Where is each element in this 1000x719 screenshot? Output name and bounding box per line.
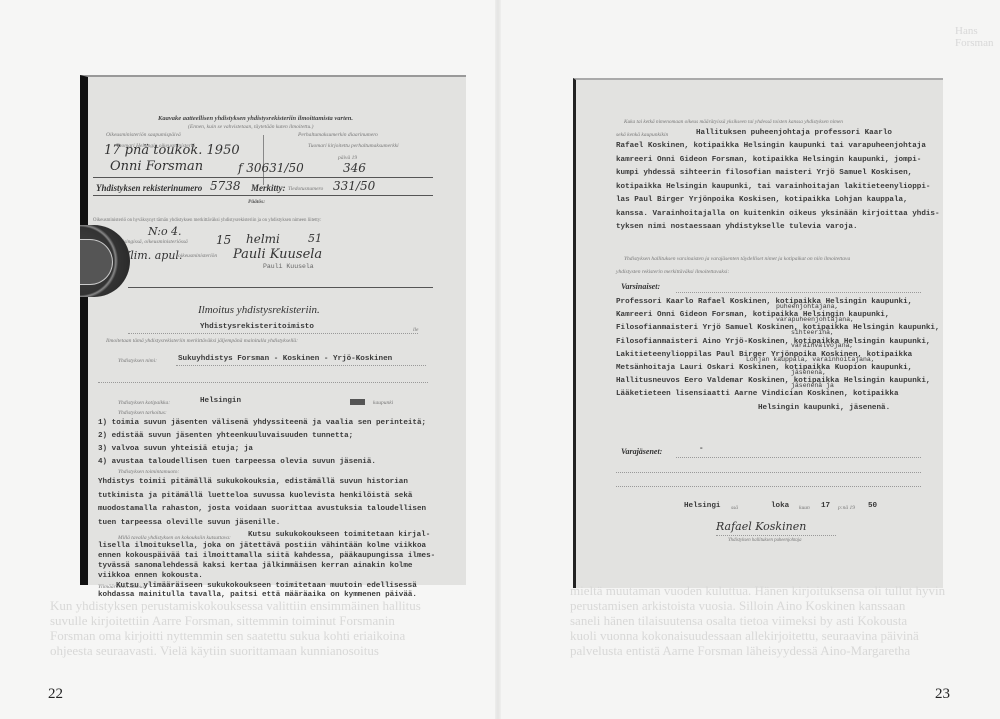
- handwritten-date: 17 pnä toukok. 1950: [104, 143, 240, 158]
- noted-value: 331/50: [333, 179, 375, 193]
- member-role: Lohjan kauppala, varainhoitajana,: [746, 356, 875, 363]
- place: Helsingi: [684, 502, 720, 510]
- purpose-list: 1) toimia suvun jäsenten välisenä yhdyss…: [98, 417, 426, 469]
- home-label: Yhdistyksen kotipaikka:: [118, 400, 170, 406]
- board-label: Yhdistyksen hallituksen varsinaisten ja …: [624, 256, 850, 262]
- home-value: Helsingin: [200, 397, 241, 405]
- official-label: oikeusministeriön: [178, 253, 217, 259]
- fee-label: Perhaltumaksumerkin diaarinumero: [298, 132, 378, 138]
- form-header-title: Kaavake aatteellisen yhdistyksen yhdisty…: [158, 115, 353, 122]
- purpose-item: 3) valvoa suvun yhteisiä etuja; ja: [98, 443, 426, 456]
- year: 50: [868, 502, 877, 510]
- decision-day: 15: [216, 233, 231, 247]
- member-role: puheenjohtajana,: [776, 303, 838, 310]
- home-suffix: kaupunki: [373, 400, 393, 406]
- decision-mark: N:o 4.: [148, 225, 182, 238]
- page-number-right: 23: [935, 686, 950, 703]
- chairman-signature: Rafael Koskinen: [716, 520, 806, 533]
- decision-month: helmi: [246, 232, 280, 246]
- day: 17: [821, 502, 830, 510]
- handwritten-ref1: f 30631/50: [238, 161, 304, 175]
- meeting-line-0: Kutsu sukukokoukseen toimitetaan kirjal-: [248, 531, 430, 539]
- deputies-value: -: [699, 445, 704, 453]
- purpose-item: 2) edistää suvun jäsenten yhteenkuuluvai…: [98, 430, 426, 443]
- section-title: Ilmoitus yhdistysrekisteriin.: [198, 304, 320, 316]
- stamp-label: Tuomari kirjoitettu perhaltumaksumerkki: [308, 143, 399, 149]
- year-prefix: p:nä 19: [838, 505, 855, 511]
- month: loka: [771, 502, 789, 510]
- running-header: Hans Forsman: [955, 25, 1000, 49]
- member-item: Filosofianmaisteri Aino Yrjö-Koskinen, k…: [616, 336, 940, 349]
- recipient: Yhdistysrekisteritoimisto: [200, 323, 314, 331]
- members-label: Varsinaiset:: [621, 282, 660, 291]
- member-role: jäsenenä ja: [791, 382, 834, 389]
- place-suffix: ssä: [731, 505, 738, 511]
- official-signature: Pauli Kuusela: [233, 247, 322, 262]
- member-item: Metsänhoitaja Lauri Oskari Koskinen, kot…: [616, 362, 940, 375]
- signing-header-label-2: sekä kenkä kaupunkikin: [616, 132, 668, 138]
- registration-number-value: 5738: [210, 179, 241, 193]
- method-text: Yhdistys toimii pitämällä sukukokouksia,…: [98, 476, 426, 530]
- official-title: Ylim. apul.: [123, 249, 182, 262]
- method-label: Yhdistyksen toimintamuoto:: [118, 469, 179, 475]
- extra-text: Kutsu ylimääräiseen sukukokoukseen toimi…: [116, 581, 417, 591]
- purpose-label: Yhdistyksen tarkoitus:: [118, 410, 167, 416]
- member-item: Filosofianmaisteri Yrjö Samuel Koskinen,…: [616, 322, 940, 335]
- deputies-label: Varajäsenet:: [621, 447, 662, 456]
- incoming-label: Oikeusministeriön saapumispäivä: [106, 132, 181, 138]
- signature-caption: Yhdistyksen hallituksen puheenjohtaja: [728, 538, 802, 543]
- member-role: jäsenenä,: [791, 369, 826, 376]
- member-role: varainvalvojana,: [791, 342, 853, 349]
- meeting-text: lisella ilmoituksella, joka on jätettävä…: [98, 541, 435, 581]
- decision-place: Helsingissä, oikeusministeriössä: [116, 239, 188, 245]
- request-label: Ilmoitetaan tämä yhdistysrekisteriin mer…: [106, 338, 298, 344]
- signing-rights-text: Rafael Koskinen, kotipaikka Helsingin ka…: [616, 140, 940, 235]
- page-number-left: 22: [48, 686, 63, 703]
- decision-label: Päätös:: [248, 199, 265, 205]
- recipient-suffix: lle: [413, 327, 419, 333]
- registration-form-right: Kuka tai ketkä nimenomaan oikeus määräty…: [573, 78, 943, 588]
- purpose-item: 4) avustaa taloudellisen tuen tarpeessa …: [98, 456, 426, 469]
- noted-label: Merkitty:: [251, 183, 286, 193]
- form-header-subtitle: (Ennen, kuin se vahvistetaan, täytetään …: [188, 124, 313, 130]
- month-suffix: kuun: [799, 505, 810, 511]
- signing-header-label: Kuka tai ketkä nimenomaan oikeus määräty…: [624, 119, 843, 125]
- member-role: sihteerinä,: [791, 329, 834, 336]
- association-name: Sukuyhdistys Forsman - Koskinen - Yrjö-K…: [178, 355, 392, 363]
- decision-text: Oikeusministeriö on hyväksynyt tämän yhd…: [93, 218, 423, 223]
- registration-form-left: Kaavake aatteellisen yhdistyksen yhdisty…: [80, 75, 466, 585]
- handwritten-ref2: 346: [343, 161, 366, 175]
- official-seal-icon: [80, 225, 130, 297]
- ghost-text-right: mieltä muutaman vuoden kuluttua. Hänen k…: [570, 583, 950, 658]
- noted-field-label: Tiedotusnumero: [288, 186, 323, 192]
- member-item: Hallitusneuvos Eero Valdemar Koskinen, k…: [616, 375, 940, 388]
- handwritten-name: Onni Forsman: [110, 159, 203, 174]
- board-label-2: yhdistysten rekisterin merkittäväksi ilm…: [616, 269, 729, 275]
- ghost-text-left: Kun yhdistyksen perustamiskokouksessa va…: [50, 598, 430, 658]
- member-item: Helsingin kaupunki, jäsenenä.: [616, 402, 940, 415]
- member-role: varapuheenjohtajana,: [776, 316, 854, 323]
- decision-year: 51: [308, 232, 322, 245]
- member-item: Lääketieteen lisensiaatti Aarne Vindicia…: [616, 388, 940, 401]
- book-gutter: [495, 0, 501, 719]
- home-suffix-struck: XXXXX: [350, 399, 365, 405]
- purpose-item: 1) toimia suvun jäsenten välisenä yhdyss…: [98, 417, 426, 430]
- official-typed-name: Pauli Kuusela: [263, 263, 314, 270]
- registration-number-label: Yhdistyksen rekisterinumero: [96, 183, 202, 193]
- name-label: Yhdistyksen nimi:: [118, 358, 157, 364]
